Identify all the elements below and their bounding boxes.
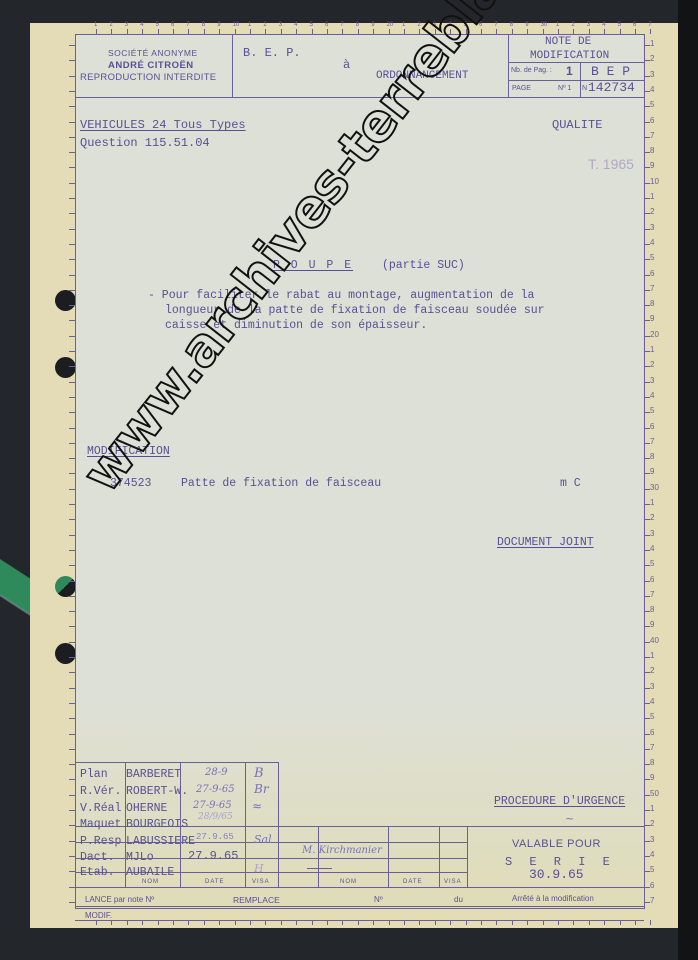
- ruler-tick: [69, 183, 75, 184]
- punch-hole: [55, 643, 76, 664]
- ruler-number: 8: [650, 605, 654, 614]
- ruler-tick: [327, 29, 328, 34]
- ruler-tick: [543, 29, 544, 34]
- ruler-number: 3: [587, 22, 590, 28]
- signature-col-line: [439, 826, 440, 887]
- ruler-number: 4: [140, 22, 143, 28]
- signature-date: 27-9-65: [193, 800, 232, 811]
- company-type: SOCIÉTÉ ANONYME: [108, 48, 198, 58]
- ruler-number: 3: [650, 835, 654, 844]
- ruler-number: 5: [650, 559, 654, 568]
- ruler-tick: [69, 565, 75, 566]
- signature-date: 28-9: [205, 767, 227, 778]
- ruler-tick: [69, 734, 75, 735]
- ruler-number: 6: [325, 22, 328, 28]
- signature-role: Plan: [80, 768, 108, 781]
- header-divider: [508, 34, 509, 97]
- ruler-number: 2: [650, 513, 654, 522]
- visa-signature: H: [254, 862, 264, 875]
- ruler-tick: [69, 167, 75, 168]
- ruler-tick: [635, 29, 636, 34]
- ruler-number: 20: [387, 22, 394, 28]
- signature-role: V.Réal: [80, 802, 121, 815]
- ruler-number: 4: [650, 391, 654, 400]
- ruler-tick: [69, 137, 75, 138]
- ruler-number: 1: [94, 22, 97, 28]
- launch-note-label: LANCE par note Nº: [85, 895, 154, 904]
- validity-label: VALABLE POUR: [512, 838, 601, 850]
- ruler-number: 9: [650, 161, 654, 170]
- ruler-tick: [512, 29, 513, 34]
- ruler-tick: [69, 642, 75, 643]
- signature-name: BOURGEOIS: [126, 818, 188, 831]
- page-number-label: Nº 1: [558, 85, 571, 92]
- column-label-visa: VISA: [444, 879, 462, 885]
- signature-name: LABUSSIERE: [126, 835, 195, 848]
- ruler-tick: [69, 611, 75, 612]
- part-description: Patte de fixation de faisceau: [181, 477, 381, 490]
- ruler-number: 2: [571, 22, 574, 28]
- ruler-number: 1: [248, 22, 251, 28]
- ruler-tick: [69, 336, 75, 337]
- ruler-tick: [69, 902, 75, 903]
- reproduction-notice: REPRODUCTION INTERDITE: [80, 72, 216, 83]
- column-label-visa: VISA: [252, 879, 270, 885]
- ruler-number: 6: [171, 22, 174, 28]
- ruler-number: 8: [650, 452, 654, 461]
- ruler-tick: [69, 152, 75, 153]
- ruler-number: 9: [650, 620, 654, 629]
- ruler-number: 1: [650, 345, 654, 354]
- ruler-number: 50: [650, 789, 659, 798]
- ruler-tick: [620, 29, 621, 34]
- ruler-tick: [69, 320, 75, 321]
- category: QUALITE: [552, 118, 602, 132]
- signature-col-line: [388, 826, 389, 887]
- ruler-tick: [69, 428, 75, 429]
- ruler-tick: [69, 122, 75, 123]
- ruler-number: 3: [650, 376, 654, 385]
- ruler-tick: [204, 29, 205, 34]
- ruler-tick: [69, 795, 75, 796]
- ruler-number: 1: [402, 22, 405, 28]
- signature-date: 27.9.65: [196, 832, 234, 842]
- ruler-tick: [265, 29, 266, 34]
- ruler-tick: [69, 626, 75, 627]
- ruler-tick: [69, 749, 75, 750]
- signature-col-line: [467, 826, 468, 887]
- ruler-number: 2: [650, 360, 654, 369]
- ruler-number: 10: [233, 22, 240, 28]
- visa-signature: Br: [254, 782, 269, 796]
- handwritten-dash: [307, 868, 332, 869]
- ruler-tick: [158, 29, 159, 34]
- visa-signature: B: [254, 766, 264, 781]
- ruler-tick: [69, 489, 75, 490]
- signature-role: P.Resp: [80, 835, 121, 848]
- ruler-tick: [604, 29, 605, 34]
- validity-date: 30.9.65: [529, 867, 584, 882]
- ruler-tick: [69, 703, 75, 704]
- ruler-number: 1: [650, 804, 654, 813]
- header-divider: [580, 62, 581, 97]
- urgency-procedure: PROCEDURE D'URGENCE: [494, 795, 625, 808]
- ruler-tick: [69, 213, 75, 214]
- ruler-tick: [69, 397, 75, 398]
- ruler-tick: [69, 259, 75, 260]
- ruler-tick: [69, 473, 75, 474]
- ruler-number: 2: [650, 819, 654, 828]
- ruler-tick: [69, 351, 75, 352]
- ruler-number: 8: [650, 758, 654, 767]
- second-block-signature: M. Kirchmanier: [302, 845, 382, 856]
- ruler-tick: [235, 29, 236, 34]
- ruler-number: 6: [650, 728, 654, 737]
- ruler-tick: [250, 29, 251, 34]
- visa-signature: Sal: [254, 833, 272, 846]
- company-name: ANDRÉ CITROËN: [108, 60, 194, 71]
- ruler-tick: [69, 672, 75, 673]
- ruler-tick: [358, 29, 359, 34]
- ruler-tick: [69, 412, 75, 413]
- ruler-tick: [281, 29, 282, 34]
- ruler-tick: [69, 519, 75, 520]
- ruler-number: 7: [648, 22, 651, 28]
- ruler-tick: [69, 198, 75, 199]
- signature-name: BARBERET: [126, 768, 181, 781]
- ruler-tick: [589, 29, 590, 34]
- ruler-number: 9: [217, 22, 220, 28]
- ruler-number: 5: [650, 100, 654, 109]
- vehicle-scope: VEHICULES 24 Tous Types: [80, 118, 246, 132]
- ruler-number: 9: [650, 773, 654, 782]
- ruler-number: 3: [279, 22, 282, 28]
- ruler-number: 5: [650, 712, 654, 721]
- ruler-number: 7: [650, 284, 654, 293]
- ruler-number: 9: [371, 22, 374, 28]
- ruler-number: 2: [650, 54, 654, 63]
- ruler-number: 3: [650, 682, 654, 691]
- punch-hole: [55, 357, 76, 378]
- ruler-number: 7: [650, 437, 654, 446]
- ruler-tick: [373, 29, 374, 34]
- ruler-number: 40: [650, 636, 659, 645]
- form-title: MODIFICATION: [530, 50, 609, 62]
- ruler-tick: [96, 29, 97, 34]
- ruler-tick: [69, 688, 75, 689]
- ruler-number: 30: [541, 22, 548, 28]
- ruler-number: 5: [310, 22, 313, 28]
- ruler-number: 6: [650, 422, 654, 431]
- signature-name: ROBERT-W.: [126, 785, 188, 798]
- ruler-tick: [69, 810, 75, 811]
- ruler-tick: [69, 382, 75, 383]
- ruler-number: 1: [650, 39, 654, 48]
- ruler-tick: [69, 106, 75, 107]
- ruler-tick: [496, 29, 497, 34]
- signature-date: 28/9/65: [198, 812, 233, 822]
- ruler-tick: [127, 29, 128, 34]
- signature-role: R.Vér.: [80, 785, 121, 798]
- ruler-number: 4: [650, 544, 654, 553]
- ruler-number: 4: [650, 850, 654, 859]
- ruler-number: 4: [650, 697, 654, 706]
- ruler-tick: [69, 779, 75, 780]
- signature-name: OHERNE: [126, 802, 167, 815]
- ruler-number: 7: [494, 22, 497, 28]
- ruler-number: 5: [650, 406, 654, 415]
- page-count-value: 1: [566, 64, 573, 78]
- ruler-tick: [69, 657, 75, 658]
- ruler-tick: [188, 29, 189, 34]
- ruler-number: 7: [650, 131, 654, 140]
- ruler-tick: [389, 29, 390, 34]
- frame-bottom: [75, 908, 644, 909]
- ruler-tick: [69, 366, 75, 367]
- column-label-date: DATE: [205, 879, 225, 885]
- ruler-number: 1: [556, 22, 559, 28]
- to-word: à: [343, 58, 350, 72]
- signature-col-line: [318, 826, 319, 887]
- ruler-number: 2: [263, 22, 266, 28]
- frame-top: [75, 34, 644, 35]
- bottom-ruler-line: [75, 920, 644, 921]
- signature-col-line: [278, 762, 279, 887]
- arrete-label: Arrêté à la modification: [512, 894, 594, 903]
- page-label: PAGE: [512, 85, 531, 92]
- ruler-number: 5: [650, 253, 654, 262]
- ruler-number: 5: [156, 22, 159, 28]
- ruler-number: 6: [650, 269, 654, 278]
- ruler-number: 5: [650, 865, 654, 874]
- background-edge: [678, 0, 698, 960]
- ruler-number: 8: [650, 299, 654, 308]
- ruler-number: 2: [109, 22, 112, 28]
- ruler-tick: [312, 29, 313, 34]
- ruler-number: 1: [650, 651, 654, 660]
- ruler-number: 4: [650, 238, 654, 247]
- frame-left: [75, 34, 76, 909]
- ruler-tick: [69, 504, 75, 505]
- ruler-tick: [142, 29, 143, 34]
- ruler-number: 9: [650, 314, 654, 323]
- ruler-number: 8: [510, 22, 513, 28]
- ruler-tick: [219, 29, 220, 34]
- ruler-number: 9: [525, 22, 528, 28]
- form-title: NOTE DE: [545, 36, 591, 48]
- ruler-number: 3: [125, 22, 128, 28]
- ruler-number: 8: [202, 22, 205, 28]
- ruler-number: 3: [650, 223, 654, 232]
- header-divider: [508, 62, 644, 63]
- ruler-tick: [69, 244, 75, 245]
- ruler-number: 3: [650, 529, 654, 538]
- modif-label: MODIF.: [85, 911, 112, 920]
- column-label-date: DATE: [403, 879, 423, 885]
- signature-date: 27.9.65: [188, 849, 238, 863]
- ruler-tick: [296, 29, 297, 34]
- ruler-number: 7: [186, 22, 189, 28]
- number-label: Nº: [374, 895, 383, 904]
- column-label-name: NOM: [340, 879, 357, 885]
- ruler-number: 6: [633, 22, 636, 28]
- ruler-tick: [342, 29, 343, 34]
- question-reference: Question 115.51.04: [80, 136, 210, 150]
- ruler-number: 4: [650, 85, 654, 94]
- punch-hole: [55, 576, 76, 597]
- column-label-name: NOM: [142, 879, 159, 885]
- ruler-tick: [527, 29, 528, 34]
- footer-top-line: [75, 887, 644, 888]
- ruler-tick: [69, 535, 75, 536]
- ruler-number: 6: [650, 881, 654, 890]
- ruler-number: 2: [650, 666, 654, 675]
- ruler-tick: [573, 29, 574, 34]
- ruler-tick: [69, 60, 75, 61]
- ruler-tick: [111, 29, 112, 34]
- ruler-number: 7: [650, 743, 654, 752]
- visa-signature: ≈: [252, 799, 262, 813]
- ruler-tick: [69, 45, 75, 46]
- origin-code: B E P: [591, 64, 630, 79]
- ruler-tick: [69, 275, 75, 276]
- ruler-number: 6: [650, 116, 654, 125]
- date-stamp: T. 1965: [588, 156, 634, 172]
- ruler-number: 20: [650, 330, 659, 339]
- frame-right: [644, 34, 645, 909]
- ruler-tick: [650, 29, 651, 34]
- ruler-tick: [404, 29, 405, 34]
- ruler-number: 6: [650, 575, 654, 584]
- ruler-number: 3: [650, 70, 654, 79]
- part-code: m C: [560, 477, 581, 490]
- ruler-tick: [69, 581, 75, 582]
- ruler-number: 9: [650, 467, 654, 476]
- ruler-tick: [69, 443, 75, 444]
- ruler-tick: [69, 229, 75, 230]
- ruler-tick: [69, 764, 75, 765]
- ruler-tick: [69, 290, 75, 291]
- from-department: B. E. P.: [243, 46, 301, 60]
- ruler-number: 2: [650, 207, 654, 216]
- ruler-number: 8: [356, 22, 359, 28]
- ruler-number: 30: [650, 483, 659, 492]
- ruler-number: 8: [650, 146, 654, 155]
- signature-role: Etab.: [80, 866, 115, 879]
- ruler-number: 10: [650, 177, 659, 186]
- signature-row-line: [75, 762, 278, 763]
- ruler-tick: [69, 856, 75, 857]
- ruler-tick: [650, 920, 651, 925]
- urgency-signature: ~: [565, 812, 574, 825]
- ruler-number: 4: [602, 22, 605, 28]
- ruler-number: 1: [650, 192, 654, 201]
- signature-col-line: [245, 762, 246, 887]
- part-subtitle: (partie SUC): [382, 259, 465, 272]
- ruler-tick: [69, 550, 75, 551]
- ruler-tick: [69, 91, 75, 92]
- ruler-number: 1: [650, 498, 654, 507]
- note-number: 142734: [588, 80, 635, 95]
- note-number-prefix: N: [582, 85, 587, 92]
- header-divider: [232, 34, 233, 97]
- signature-date: 27-9-65: [196, 784, 235, 795]
- ruler-tick: [173, 29, 174, 34]
- signature-name: AUBAILE: [126, 866, 174, 879]
- ruler-tick: [69, 305, 75, 306]
- ruler-number: 4: [294, 22, 297, 28]
- ruler-number: 7: [340, 22, 343, 28]
- page-count-label: Nb. de Pag. :: [511, 67, 552, 74]
- signature-role: Dact.: [80, 851, 115, 864]
- ruler-tick: [69, 596, 75, 597]
- ruler-tick: [558, 29, 559, 34]
- ruler-number: 5: [618, 22, 621, 28]
- ruler-tick: [69, 718, 75, 719]
- ruler-number: 7: [650, 590, 654, 599]
- attachment-note: DOCUMENT JOINT: [497, 536, 594, 549]
- signature-name: MJLo: [126, 851, 154, 864]
- replaces-label: REMPLACE: [233, 895, 280, 905]
- date-label: du: [454, 895, 463, 904]
- ruler-number: 7: [650, 896, 654, 905]
- ruler-tick: [69, 76, 75, 77]
- ruler-tick: [69, 458, 75, 459]
- footer-mid-line: [75, 906, 644, 907]
- signature-role: Maquet: [80, 818, 121, 831]
- punch-hole: [55, 290, 76, 311]
